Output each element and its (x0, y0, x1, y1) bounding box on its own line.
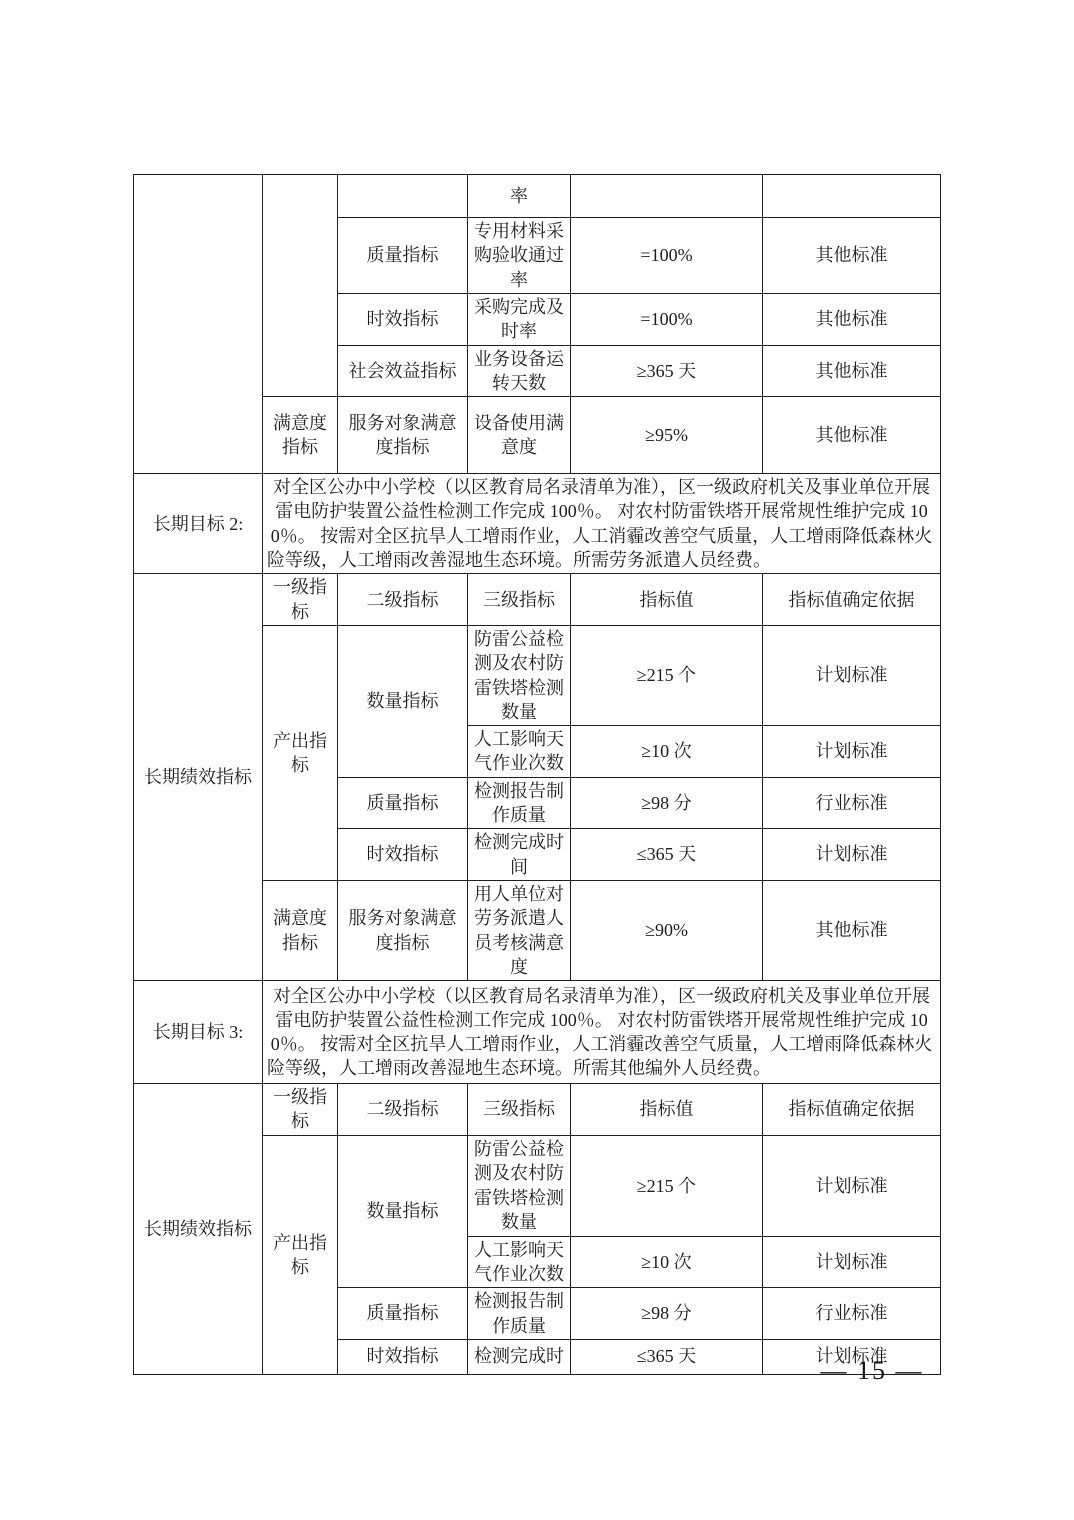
cell-value: ≥10 次 (571, 726, 763, 778)
cell-level1: 产出指标 (263, 1135, 338, 1374)
cell-level2: 质量指标 (338, 1288, 468, 1340)
header-level1: 一级指标 (263, 574, 338, 626)
header-value: 指标值 (571, 574, 763, 626)
cell-basis: 其他标准 (763, 294, 941, 346)
cell-level3: 检测报告制作质量 (468, 1288, 571, 1340)
cell-level3: 检测完成时 (468, 1339, 571, 1374)
goal3-label: 长期目标 3: (134, 981, 263, 1084)
cell-level2: 时效指标 (338, 829, 468, 881)
cell-level3: 设备使用满意度 (468, 397, 571, 474)
cell-value: ≥10 次 (571, 1236, 763, 1288)
cell-basis: 其他标准 (763, 880, 941, 980)
cell-value: =100% (571, 294, 763, 346)
carryover-level1-cell (263, 175, 338, 397)
cell-value: ≤365 天 (571, 829, 763, 881)
cell-value: ≥95% (571, 397, 763, 474)
cell-value: ≥98 分 (571, 777, 763, 829)
cell-basis: 其他标准 (763, 218, 941, 294)
cell-level2: 服务对象满意度指标 (338, 397, 468, 474)
page-number: — 15 — (772, 1356, 972, 1386)
cell-level3: 专用材料采购验收通过率 (468, 218, 571, 294)
cell-level3: 检测报告制作质量 (468, 777, 571, 829)
cell-basis: 计划标准 (763, 1236, 941, 1288)
header-level3: 三级指标 (468, 574, 571, 626)
cell-level3: 防雷公益检测及农村防雷铁塔检测数量 (468, 625, 571, 725)
cell-level2: 质量指标 (338, 777, 468, 829)
cell-level3: 人工影响天气作业次数 (468, 1236, 571, 1288)
cell-basis: 行业标准 (763, 1288, 941, 1340)
cell-level3: 防雷公益检测及农村防雷铁塔检测数量 (468, 1135, 571, 1236)
cell-level1: 满意度指标 (263, 397, 338, 474)
header-value: 指标值 (571, 1084, 763, 1136)
longterm2-row-label: 长期绩效指标 (134, 1084, 263, 1375)
goal2-label: 长期目标 2: (134, 474, 263, 574)
header-level2: 二级指标 (338, 1084, 468, 1136)
header-level1: 一级指标 (263, 1084, 338, 1136)
cell-value: ≥98 分 (571, 1288, 763, 1340)
longterm1-row-label: 长期绩效指标 (134, 574, 263, 981)
carryover-value-empty-cell (571, 175, 763, 218)
goal2-description: 对全区公办中小学校（以区教育局名录清单为准），区一级政府机关及事业单位开展雷电防… (263, 474, 941, 574)
cell-value: ≥215 个 (571, 625, 763, 725)
cell-value: ≥215 个 (571, 1135, 763, 1236)
cell-basis: 计划标准 (763, 1135, 941, 1236)
cell-level3: 业务设备运转天数 (468, 345, 571, 397)
header-basis: 指标值确定依据 (763, 1084, 941, 1136)
header-level3: 三级指标 (468, 1084, 571, 1136)
goal3-description: 对全区公办中小学校（以区教育局名录清单为准），区一级政府机关及事业单位开展雷电防… (263, 981, 941, 1084)
header-basis: 指标值确定依据 (763, 574, 941, 626)
cell-level2: 时效指标 (338, 294, 468, 346)
cell-level2: 时效指标 (338, 1339, 468, 1374)
cell-level2: 数量指标 (338, 1135, 468, 1288)
carryover-level3-continuation: 率 (468, 175, 571, 218)
carryover-basis-empty-cell (763, 175, 941, 218)
cell-basis: 计划标准 (763, 625, 941, 725)
cell-basis: 其他标准 (763, 345, 941, 397)
cell-level2: 质量指标 (338, 218, 468, 294)
carryover-level2-empty-cell (338, 175, 468, 218)
cell-level2: 服务对象满意度指标 (338, 880, 468, 980)
cell-basis: 其他标准 (763, 397, 941, 474)
document-page: 率 质量指标 专用材料采购验收通过率 =100% 其他标准 时效指标 采购完成及… (0, 0, 1074, 1520)
cell-value: ≤365 天 (571, 1339, 763, 1374)
cell-level3: 采购完成及时率 (468, 294, 571, 346)
cell-basis: 行业标准 (763, 777, 941, 829)
header-level2: 二级指标 (338, 574, 468, 626)
carryover-rowlabel-cell (134, 175, 263, 474)
cell-level3: 用人单位对劳务派遣人员考核满意度 (468, 880, 571, 980)
cell-level3: 人工影响天气作业次数 (468, 726, 571, 778)
performance-indicator-table: 率 质量指标 专用材料采购验收通过率 =100% 其他标准 时效指标 采购完成及… (133, 174, 941, 1375)
cell-basis: 计划标准 (763, 829, 941, 881)
cell-value: =100% (571, 218, 763, 294)
cell-level3: 检测完成时间 (468, 829, 571, 881)
cell-level1: 满意度指标 (263, 880, 338, 980)
cell-level2: 社会效益指标 (338, 345, 468, 397)
cell-basis: 计划标准 (763, 726, 941, 778)
cell-level2: 数量指标 (338, 625, 468, 777)
cell-value: ≥90% (571, 880, 763, 980)
cell-level1: 产出指标 (263, 625, 338, 880)
cell-value: ≥365 天 (571, 345, 763, 397)
